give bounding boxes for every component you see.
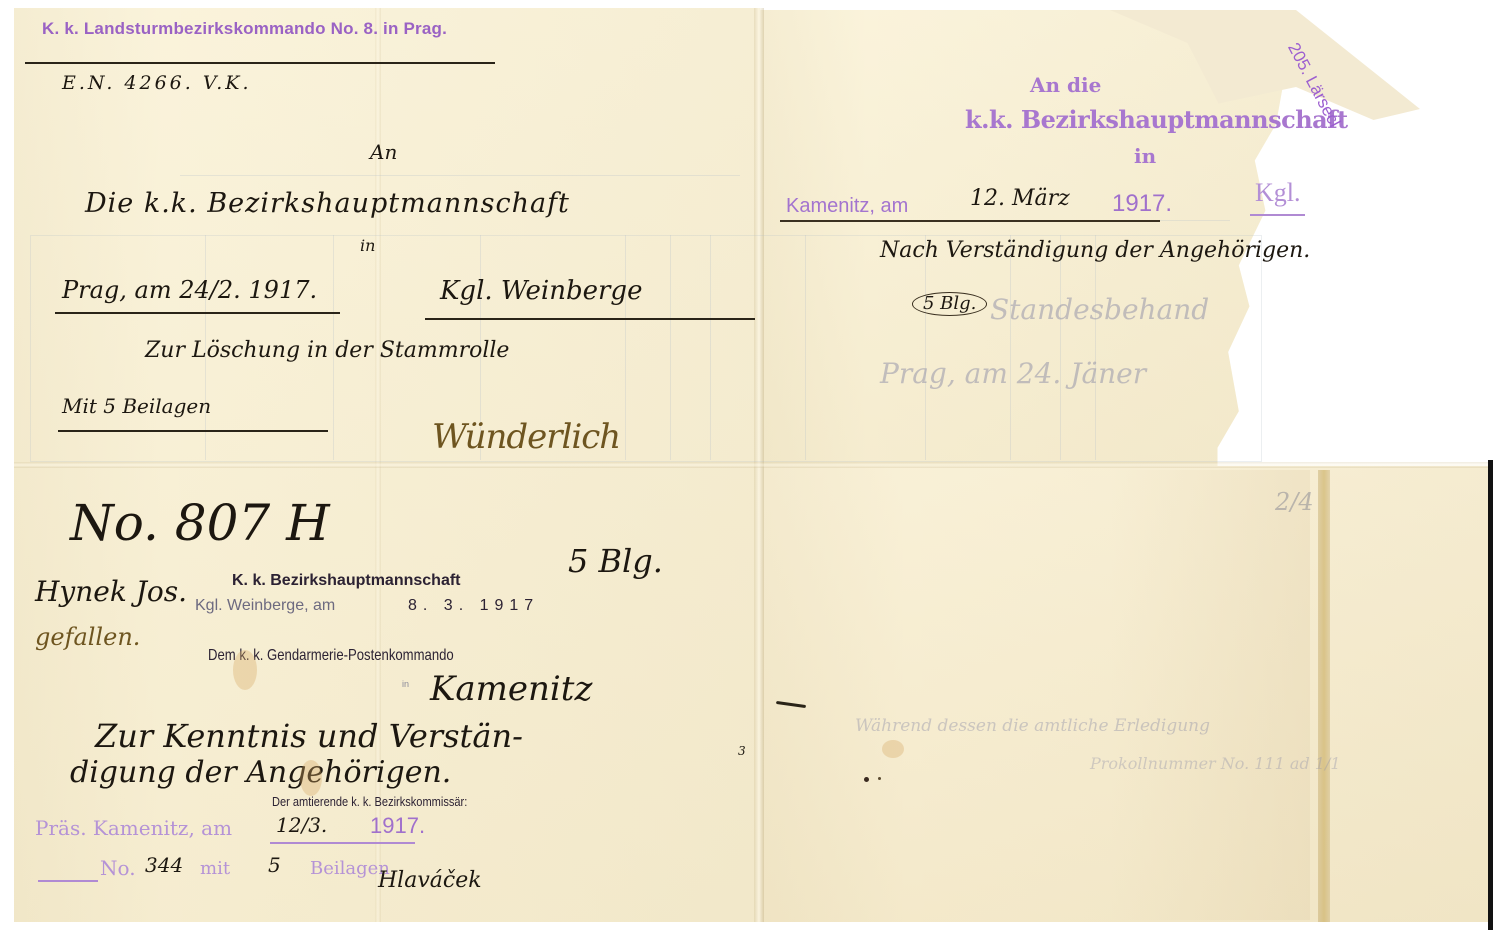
pencil-mark: 2/4 <box>1275 490 1314 514</box>
bleedthrough-col <box>805 235 806 460</box>
enclosures: Mit 5 Beilagen <box>62 396 211 416</box>
instruction-line2: digung der Angehörigen. <box>70 758 451 788</box>
district-stamp-line1: K. k. Bezirkshauptmannschaft <box>232 573 461 589</box>
horizontal-fold <box>14 462 1488 468</box>
receipt-mit: mit <box>200 860 230 878</box>
scan-edge <box>1488 460 1493 930</box>
bleedthrough-line2: Prag, am 24. Jäner <box>880 360 1146 388</box>
scanned-document: K. k. Landsturmbezirkskommando No. 8. in… <box>0 0 1500 930</box>
ink-spot <box>864 777 869 782</box>
address-stamp-line1: An die <box>1030 75 1101 95</box>
signature-bottom: Hlaváček <box>378 870 482 892</box>
commissar-stamp: Der amtierende k. k. Bezirkskommissär: <box>272 795 467 808</box>
right-place-day: 12. März <box>970 188 1070 210</box>
report-enclosures: 5 Blg. <box>912 292 987 316</box>
header-rule <box>25 62 495 64</box>
receipt-count: 5 <box>268 855 281 875</box>
address-stamp-rule <box>1250 214 1305 216</box>
enclosures-rule <box>58 430 328 432</box>
bleedthrough-col <box>1095 235 1096 460</box>
bleedthrough-col <box>925 235 926 460</box>
destination-rule <box>425 318 755 320</box>
name-note-line1: Hynek Jos. <box>35 578 187 606</box>
address-stamp-line2: k.k. Bezirkshauptmannschaft <box>965 108 1348 132</box>
addressee: Die k.k. Bezirkshauptmannschaft <box>85 190 570 217</box>
receipt-stamp-date: 12/3. <box>276 815 327 835</box>
right-place-year: 1917. <box>1112 192 1172 216</box>
bleedthrough-col <box>1060 235 1061 460</box>
header-stamp: K. k. Landsturmbezirkskommando No. 8. in… <box>42 20 447 37</box>
signature-top: Wünderlich <box>432 420 620 454</box>
bleedthrough-col <box>625 235 626 460</box>
enclosure-short: 5 Blg. <box>568 545 663 577</box>
addressee-prefix: An <box>370 142 397 162</box>
stain <box>233 650 257 690</box>
right-place-rule <box>780 220 1160 222</box>
right-crease <box>1318 470 1330 922</box>
ink-spot <box>878 777 881 780</box>
entry-number: No. 807 H <box>70 498 330 548</box>
subject: Zur Löschung in der Stammrolle <box>145 340 509 362</box>
bleedthrough-line1: Standesbehand <box>990 296 1209 324</box>
stain <box>882 740 904 758</box>
address-stamp-line3: in <box>1134 146 1156 166</box>
right-place-prefix: Kamenitz, am <box>786 196 908 216</box>
bleedthrough-rule <box>180 175 740 176</box>
reference-number: E.N. 4266. V.K. <box>62 74 252 93</box>
bleedthrough-col <box>1010 235 1011 460</box>
place-date-rule <box>55 312 340 314</box>
address-stamp-line4: Kgl. <box>1255 180 1301 206</box>
receipt-date-rule <box>270 842 415 844</box>
receipt-no-value: 344 <box>145 855 183 875</box>
stain <box>300 760 322 796</box>
paper-shadow <box>1110 470 1310 920</box>
destination: Kgl. Weinberge <box>440 278 642 304</box>
name-note-line2: gefallen. <box>35 625 140 649</box>
addressee-in: in <box>360 238 375 254</box>
instruction-line1: Zur Kenntnis und Verstän- <box>95 720 523 752</box>
bleedthrough-col <box>670 235 671 460</box>
district-stamp-in: in <box>402 680 409 689</box>
receipt-no-label: No. <box>100 858 136 878</box>
bleedthrough-lower2: Prokollnummer No. 111 ad 1/1 <box>1090 756 1341 772</box>
margin-mark: 3 <box>738 745 746 757</box>
receipt-stamp-prefix: Präs. Kamenitz, am <box>35 818 232 838</box>
district-stamp-place-handwritten: Kamenitz <box>430 672 592 706</box>
receipt-stamp-year: 1917. <box>370 815 425 837</box>
district-stamp-date: 8. 3. 1917 <box>408 598 539 614</box>
bleedthrough-col <box>710 235 711 460</box>
receipt-no-rule <box>38 880 98 882</box>
report-line1: Nach Verständigung der Angehörigen. <box>880 240 1310 262</box>
bleedthrough-lower1: Während dessen die amtliche Erledigung <box>855 718 1210 735</box>
place-date: Prag, am 24/2. 1917. <box>62 278 317 302</box>
district-stamp-place: Kgl. Weinberge, am <box>195 598 335 614</box>
